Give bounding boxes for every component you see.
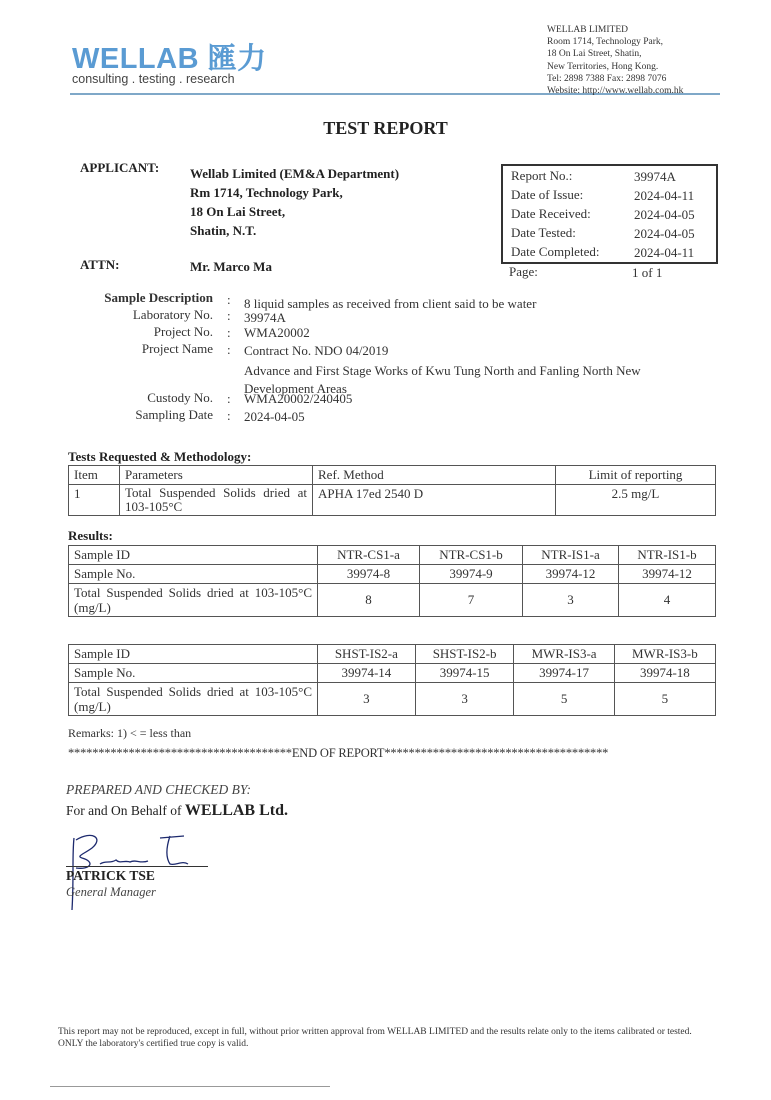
company-logo: WELLAB 匯力 xyxy=(72,36,267,77)
signature-line xyxy=(66,866,208,867)
attn-label: ATTN: xyxy=(80,257,119,273)
remarks: Remarks: 1) < = less than xyxy=(68,726,191,741)
attn-name: Mr. Marco Ma xyxy=(190,259,272,275)
footer-divider xyxy=(50,1086,330,1087)
results-table-1: Sample ID NTR-CS1-a NTR-CS1-b NTR-IS1-a … xyxy=(68,545,716,617)
sampling-date: 2024-04-05 xyxy=(244,409,305,425)
results-heading: Results: xyxy=(68,528,113,544)
custody-no: WMA20002/240405 xyxy=(244,391,352,407)
applicant-label: APPLICANT: xyxy=(80,160,159,176)
project-no: WMA20002 xyxy=(244,325,310,341)
project-name: Contract No. NDO 04/2019 xyxy=(244,343,388,359)
sample-description: 8 liquid samples as received from client… xyxy=(244,296,536,312)
table-row: Total Suspended Solids dried at 103-105°… xyxy=(69,683,716,716)
table-row: 1 Total Suspended Solids dried at 103-10… xyxy=(69,485,716,516)
footer-disclaimer: This report may not be reproduced, excep… xyxy=(58,1026,718,1050)
on-behalf: For and On Behalf of WELLAB Ltd. xyxy=(66,802,288,820)
table-row: Sample No. 39974-14 39974-15 39974-17 39… xyxy=(69,664,716,683)
page-label: Page: xyxy=(509,264,538,280)
signer-name: PATRICK TSE xyxy=(66,868,155,884)
applicant-address: Wellab Limited (EM&A Department) Rm 1714… xyxy=(190,164,399,240)
report-info-box: Report No.: 39974A Date of Issue: 2024-0… xyxy=(501,164,718,264)
signer-title: General Manager xyxy=(66,885,156,900)
table-row: Sample No. 39974-8 39974-9 39974-12 3997… xyxy=(69,565,716,584)
tests-table: Item Parameters Ref. Method Limit of rep… xyxy=(68,465,716,516)
laboratory-no: 39974A xyxy=(244,310,286,326)
tests-heading: Tests Requested & Methodology: xyxy=(68,449,251,465)
table-row: Total Suspended Solids dried at 103-105°… xyxy=(69,584,716,617)
company-tagline: consulting . testing . research xyxy=(72,72,235,86)
table-row: Sample ID NTR-CS1-a NTR-CS1-b NTR-IS1-a … xyxy=(69,546,716,565)
company-address: WELLAB LIMITED Room 1714, Technology Par… xyxy=(547,24,683,97)
page-number: 1 of 1 xyxy=(632,265,662,281)
end-of-report: *************************************END… xyxy=(68,746,608,761)
prepared-label: PREPARED AND CHECKED BY: xyxy=(66,782,251,798)
report-title: TEST REPORT xyxy=(0,118,771,139)
results-table-2: Sample ID SHST-IS2-a SHST-IS2-b MWR-IS3-… xyxy=(68,644,716,716)
table-row: Sample ID SHST-IS2-a SHST-IS2-b MWR-IS3-… xyxy=(69,645,716,664)
